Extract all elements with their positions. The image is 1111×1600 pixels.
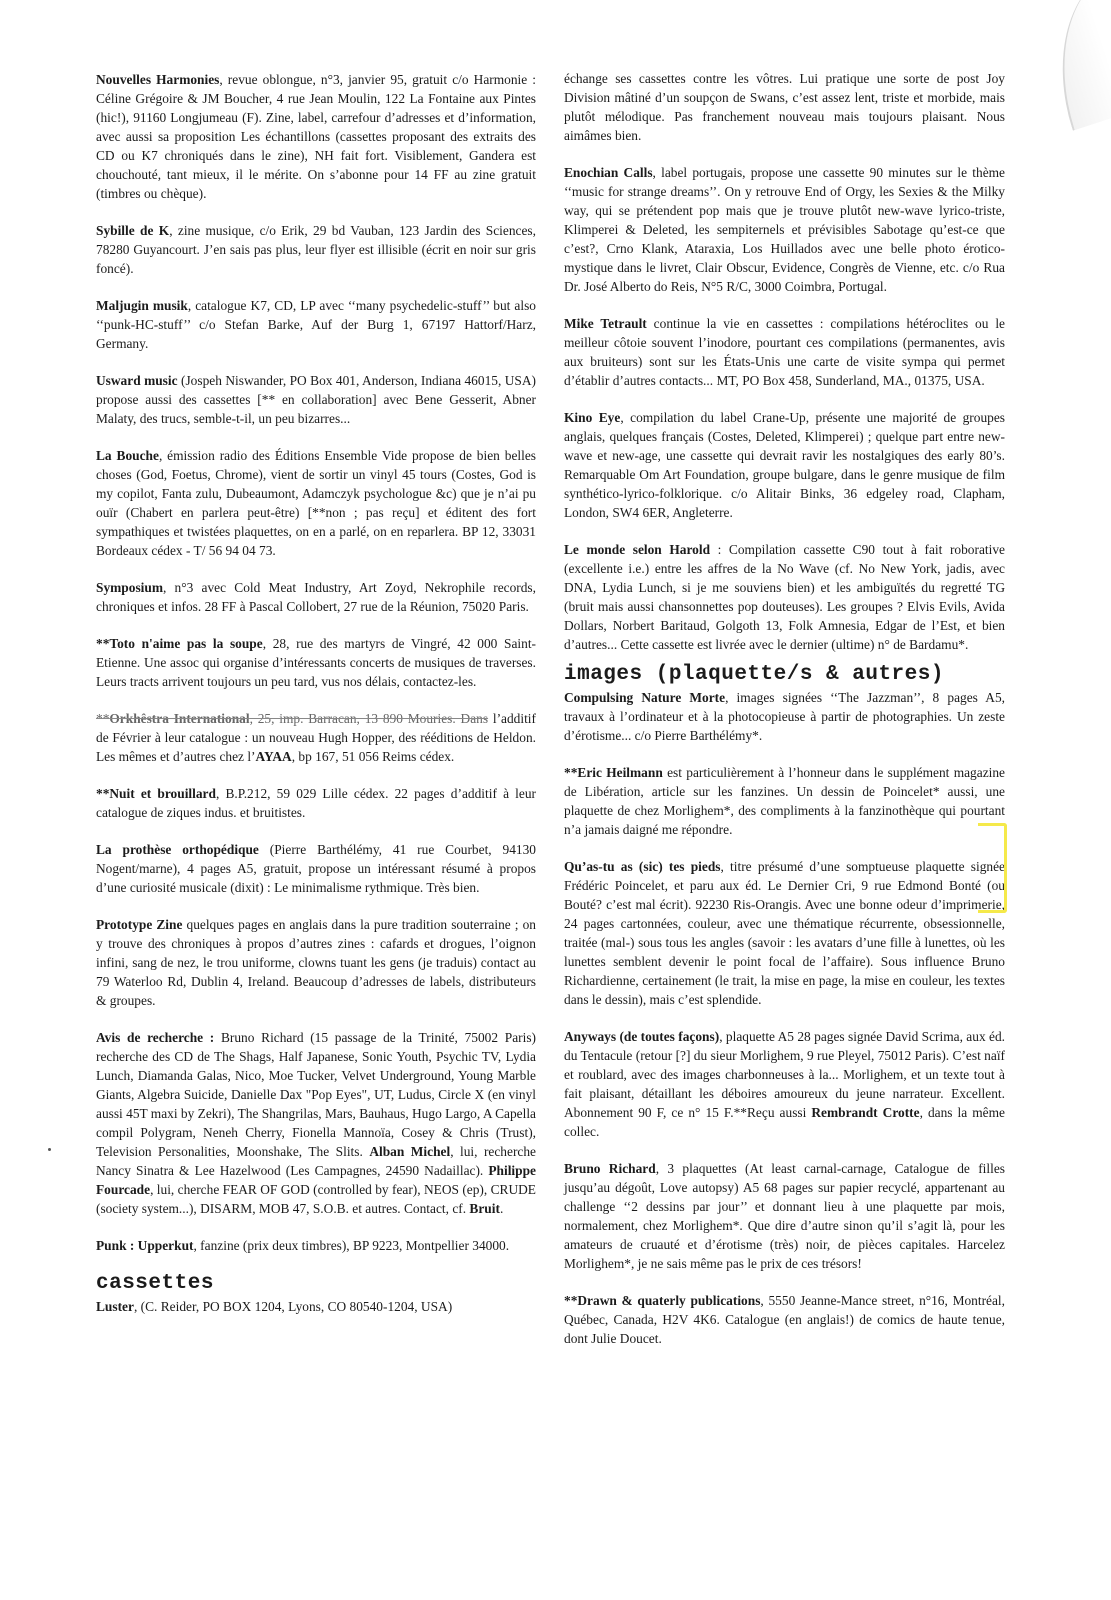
entry-maljugin-musik: Maljugin musik, catalogue K7, CD, LP ave… [96, 296, 536, 353]
entry-anyways: Anyways (de toutes façons), plaquette A5… [564, 1027, 1005, 1141]
entry-nouvelles-harmonies: Nouvelles Harmonies, revue oblongue, n°3… [96, 70, 536, 203]
entry-title-ayaa: AYAA [256, 749, 292, 764]
entry-luster: Luster, (C. Reider, PO BOX 1204, Lyons, … [96, 1297, 536, 1316]
entry-title: Drawn & quaterly publications [577, 1293, 760, 1308]
entry-title: Bruno Richard [564, 1161, 656, 1176]
entry-title: Sybille de K [96, 223, 169, 238]
entry-title: Eric Heilmann [577, 765, 662, 780]
entry-text: , revue oblongue, n°3, janvier 95, gratu… [96, 72, 536, 201]
entry-nuit-et-brouillard: **Nuit et brouillard, B.P.212, 59 029 Li… [96, 784, 536, 822]
entry-title: Nuit et brouillard [109, 786, 216, 801]
entry-bruno-richard: Bruno Richard, 3 plaquettes (At least ca… [564, 1159, 1005, 1273]
entry-title: Avis de recherche : [96, 1030, 214, 1045]
entry-title: Toto n'aime pas la soupe [109, 636, 262, 651]
entry-title: Prototype Zine [96, 917, 182, 932]
right-column: échange ses cassettes contre les vôtres.… [564, 69, 1005, 1366]
entry-usward-music: Usward music (Jospeh Niswander, PO Box 4… [96, 371, 536, 428]
entry-text: , titre présumé d’une somptueuse plaquet… [564, 859, 1005, 1007]
entry-faded-prefix: ** [96, 711, 109, 726]
entry-prothese-orthopedique: La prothèse orthopédique (Pierre Barthél… [96, 840, 536, 897]
entry-text: , fanzine (prix deux timbres), BP 9223, … [193, 1238, 509, 1253]
entry-avis-de-recherche: Avis de recherche : Bruno Richard (15 pa… [96, 1028, 536, 1218]
entry-title-rembrandt-crotte: Rembrandt Crotte [811, 1105, 919, 1120]
entry-title: Anyways (de toutes façons) [564, 1029, 719, 1044]
entry-toto: **Toto n'aime pas la soupe, 28, rue des … [96, 634, 536, 691]
entry-title: Enochian Calls [564, 165, 653, 180]
entry-continuation: échange ses cassettes contre les vôtres.… [564, 69, 1005, 145]
entry-title: Luster [96, 1299, 134, 1314]
entry-title: Nouvelles Harmonies [96, 72, 219, 87]
entry-text: Bruno Richard (15 passage de la Trinité,… [96, 1030, 536, 1159]
entry-text: , compilation du label Crane-Up, présent… [564, 410, 1005, 520]
entry-text: , (C. Reider, PO BOX 1204, Lyons, CO 805… [134, 1299, 452, 1314]
entry-title: Compulsing Nature Morte [564, 690, 725, 705]
entry-text: , label portugais, propose une cassette … [564, 165, 1005, 294]
entry-qu-as-tu-as-tes-pieds: Qu’as-tu as (sic) tes pieds, titre présu… [564, 857, 1005, 1009]
entry-title-alban-michel: Alban Michel [369, 1144, 450, 1159]
entry-symposium: Symposium, n°3 avec Cold Meat Industry, … [96, 578, 536, 616]
entry-title: La Bouche [96, 448, 159, 463]
entry-compulsing-nature-morte: Compulsing Nature Morte, images signées … [564, 688, 1005, 745]
entry-title: Qu’as-tu as (sic) tes pieds [564, 859, 721, 874]
section-heading-cassettes: cassettes [96, 1273, 536, 1295]
entry-title: Kino Eye [564, 410, 620, 425]
entry-text: , émission radio des Éditions Ensemble V… [96, 448, 536, 558]
entry-title-bruit: Bruit [469, 1201, 500, 1216]
entry-mike-tetrault: Mike Tetrault continue la vie en cassett… [564, 314, 1005, 390]
entry-text: , bp 167, 51 056 Reims cédex. [292, 749, 455, 764]
entry-faded-title: Orkhêstra International [109, 711, 249, 726]
entry-la-bouche: La Bouche, émission radio des Éditions E… [96, 446, 536, 560]
entry-title: Le monde selon Harold [564, 542, 710, 557]
entry-kino-eye: Kino Eye, compilation du label Crane-Up,… [564, 408, 1005, 522]
entry-enochian-calls: Enochian Calls, label portugais, propose… [564, 163, 1005, 296]
yellow-highlighter-bracket [978, 823, 1007, 913]
left-column: Nouvelles Harmonies, revue oblongue, n°3… [96, 70, 536, 1334]
page-curl-corner [1030, 0, 1111, 131]
entry-prefix: ** [564, 765, 577, 780]
entry-orkhestra: **Orkhêstra International, 25, imp. Barr… [96, 709, 536, 766]
entry-title: Maljugin musik [96, 298, 188, 313]
entry-sybille-de-k: Sybille de K, zine musique, c/o Erik, 29… [96, 221, 536, 278]
entry-le-monde-selon-harold: Le monde selon Harold : Compilation cass… [564, 540, 1005, 654]
entry-text: , 3 plaquettes (At least carnal-carnage,… [564, 1161, 1005, 1271]
entry-prefix: ** [96, 636, 109, 651]
entry-prefix: ** [564, 1293, 577, 1308]
margin-speck [48, 1148, 51, 1151]
section-heading-images: images (plaquette/s & autres) [564, 664, 1005, 686]
entry-title: Mike Tetrault [564, 316, 647, 331]
entry-title: La prothèse orthopédique [96, 842, 259, 857]
entry-prototype-zine: Prototype Zine quelques pages en anglais… [96, 915, 536, 1010]
entry-prefix: ** [96, 786, 109, 801]
entry-text: . [500, 1201, 503, 1216]
entry-title: Usward music [96, 373, 178, 388]
entry-drawn-and-quaterly: **Drawn & quaterly publications, 5550 Je… [564, 1291, 1005, 1348]
entry-title: Symposium [96, 580, 163, 595]
entry-title: Punk : Upperkut [96, 1238, 193, 1253]
entry-text: , n°3 avec Cold Meat Industry, Art Zoyd,… [96, 580, 536, 614]
entry-eric-heilmann: **Eric Heilmann est particulièrement à l… [564, 763, 1005, 839]
entry-text: : Compilation cassette C90 tout à fait r… [564, 542, 1005, 652]
entry-faded-text: , 25, imp. Barracan, 13 890 Mouries. Dan… [250, 711, 488, 726]
entry-punk-upperkut: Punk : Upperkut, fanzine (prix deux timb… [96, 1236, 536, 1255]
